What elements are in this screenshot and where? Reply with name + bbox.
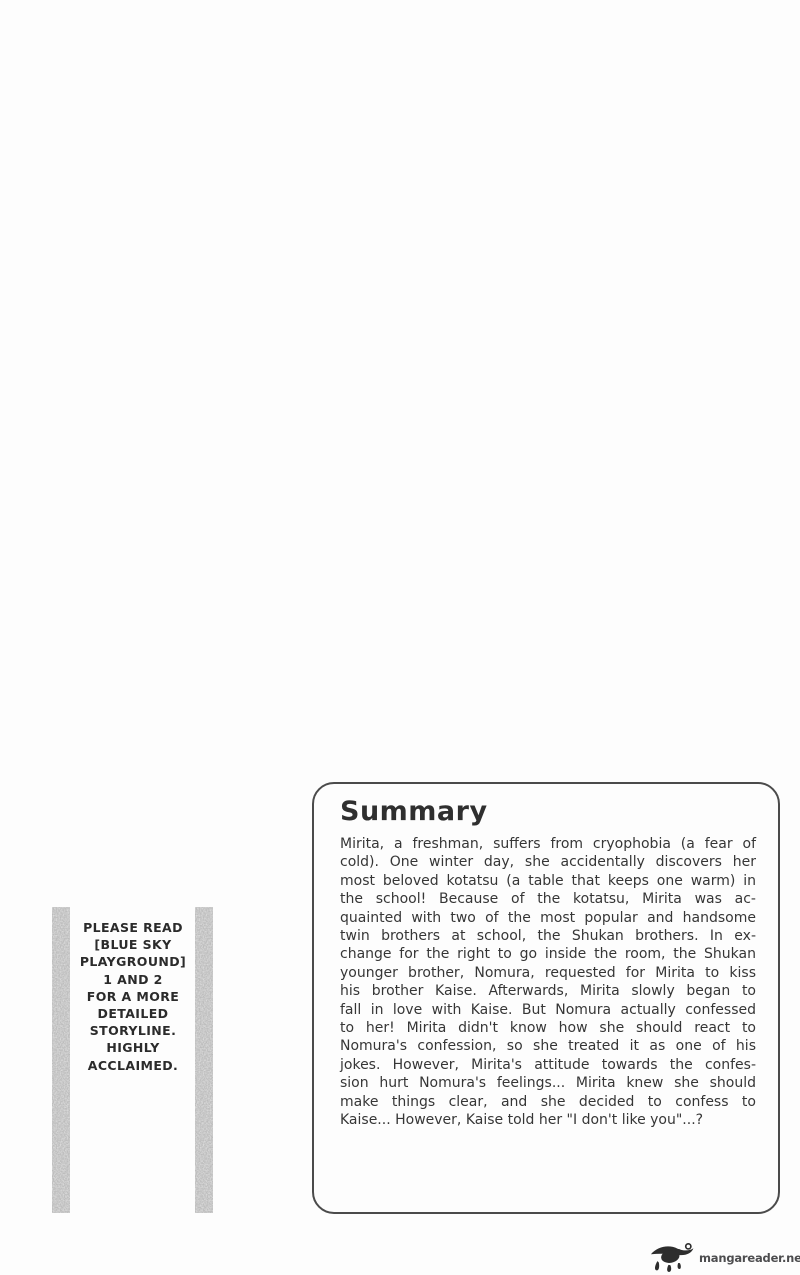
side-note-line: FOR A MORE [70,988,196,1005]
screentone-bar-right [195,907,213,1213]
summary-line: Nomura's confession, so she treated it a… [340,1037,756,1055]
side-note-line: ACCLAIMED. [70,1057,196,1074]
summary-line: twin brothers at school, the Shukan brot… [340,927,756,945]
summary-line: Kaise... However, Kaise told her "I don'… [340,1111,756,1129]
side-note-line: PLEASE READ [70,919,196,936]
side-note-line: PLAYGROUND] [70,953,196,970]
side-note-line: [BLUE SKY [70,936,196,953]
summary-line: the school! Because of the kotatsu, Miri… [340,890,756,908]
manga-page: PLEASE READ[BLUE SKYPLAYGROUND]1 AND 2FO… [0,0,800,1275]
watermark: mangareader.net [650,1240,800,1274]
summary-line: sion hurt Nomura's feelings... Mirita kn… [340,1074,756,1092]
summary-line: Mirita, a freshman, suffers from cryopho… [340,835,756,853]
side-note-line: 1 AND 2 [70,971,196,988]
watermark-site-name: mangareader.net [699,1251,800,1265]
side-note-line: STORYLINE. [70,1022,196,1039]
summary-line: younger brother, Nomura, requested for M… [340,964,756,982]
side-note-line: HIGHLY [70,1039,196,1056]
summary-line: to her! Mirita didn't know how she shoul… [340,1019,756,1037]
side-note-line: DETAILED [70,1005,196,1022]
summary-line: his brother Kaise. Afterwards, Mirita sl… [340,982,756,1000]
summary-body: Mirita, a freshman, suffers from cryopho… [340,835,756,1130]
mangareader-logo-icon [650,1240,698,1274]
summary-title: Summary [340,796,753,828]
screentone-bar-left [52,907,70,1213]
summary-line: cold). One winter day, she accidentally … [340,853,756,871]
summary-line: make things clear, and she decided to co… [340,1093,756,1111]
side-note-text: PLEASE READ[BLUE SKYPLAYGROUND]1 AND 2FO… [70,919,196,1074]
summary-box: Summary Mirita, a freshman, suffers from… [312,782,780,1214]
summary-line: most beloved kotatsu (a table that keeps… [340,872,756,890]
summary-line: fall in love with Kaise. But Nomura actu… [340,1001,756,1019]
summary-line: jokes. However, Mirita's attitude toward… [340,1056,756,1074]
summary-line: quainted with two of the most popular an… [340,909,756,927]
summary-line: change for the right to go inside the ro… [340,945,756,963]
